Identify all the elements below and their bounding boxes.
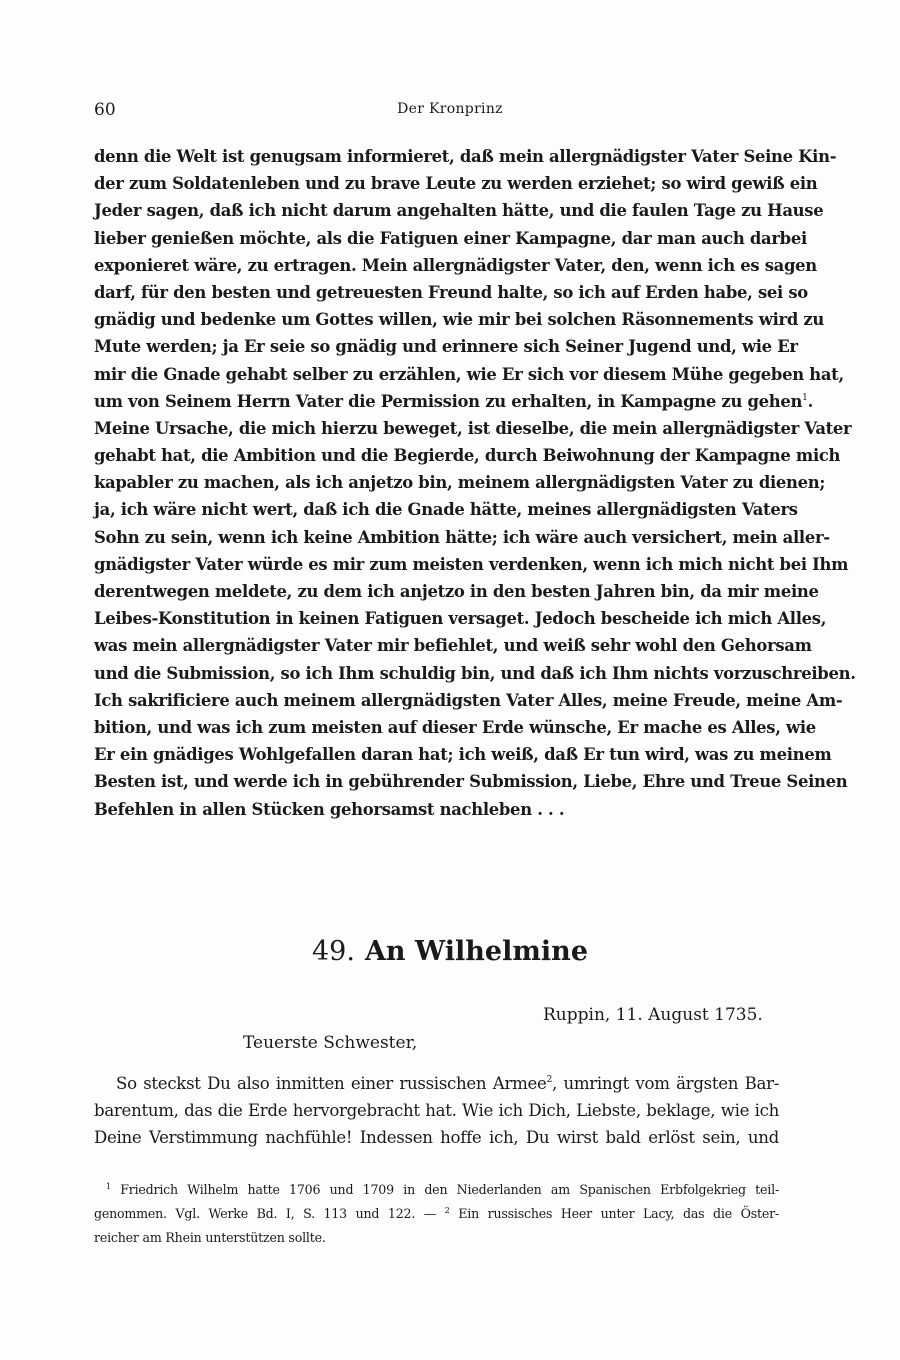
- text-line: Jeder sagen, daß ich nicht darum angehal…: [94, 197, 779, 224]
- text-segment: , umringt vom ärgsten Bar-: [552, 1074, 779, 1093]
- text-line: denn die Welt ist genugsam informieret, …: [94, 143, 779, 170]
- text-line: Deine Verstimmung nachfühle! Indessen ho…: [94, 1124, 779, 1151]
- text-line: der zum Soldatenleben und zu brave Leute…: [94, 170, 779, 197]
- text-line: Ich sakrificiere auch meinem allergnädig…: [94, 687, 779, 714]
- text-line: ja, ich wäre nicht wert, daß ich die Gna…: [94, 496, 779, 523]
- text-line: mir die Gnade gehabt selber zu erzählen,…: [94, 361, 779, 388]
- letter-number: 49.: [312, 936, 355, 967]
- text-line: exponieret wäre, zu ertragen. Mein aller…: [94, 252, 779, 279]
- text-line: Besten ist, und werde ich in gebührender…: [94, 768, 779, 795]
- text-line: gnädigster Vater würde es mir zum meiste…: [94, 551, 779, 578]
- text-line: Befehlen in allen Stücken gehorsamst nac…: [94, 796, 779, 823]
- text-segment: So steckst Du also inmitten einer russis…: [116, 1074, 547, 1093]
- footnote-marker-2: 2: [445, 1206, 450, 1215]
- continued-letter-text: denn die Welt ist genugsam informieret, …: [94, 143, 779, 823]
- text-line: Sohn zu sein, wenn ich keine Ambition hä…: [94, 524, 779, 551]
- text-line: gnädig und bedenke um Gottes willen, wie…: [94, 306, 779, 333]
- text-line: Er ein gnädiges Wohlgefallen daran hat; …: [94, 741, 779, 768]
- text-line: Meine Ursache, die mich hierzu beweget, …: [94, 415, 779, 442]
- footnote-marker-1: 1: [106, 1182, 111, 1191]
- footnotes: 1 Friedrich Wilhelm hatte 1706 und 1709 …: [94, 1178, 779, 1250]
- footnote-text: Friedrich Wilhelm hatte 1706 und 1709 in…: [120, 1182, 779, 1197]
- text-line: barentum, das die Erde hervorgebracht ha…: [94, 1097, 779, 1124]
- text-line: bition, und was ich zum meisten auf dies…: [94, 714, 779, 741]
- text-line: kapabler zu machen, als ich anjetzo bin,…: [94, 469, 779, 496]
- running-head: Der Kronprinz: [0, 101, 900, 117]
- letter-heading: 49.An Wilhelmine: [0, 936, 900, 967]
- period: .: [808, 392, 813, 411]
- text-line: was mein allergnädigster Vater mir befie…: [94, 632, 779, 659]
- footnote-text: genommen. Vgl. Werke Bd. I, S. 113 und 1…: [94, 1206, 436, 1221]
- footnote-text: Ein russisches Heer unter Lacy, das die …: [458, 1206, 779, 1221]
- text-line: Leibes-Konstitution in keinen Fatiguen v…: [94, 605, 779, 632]
- letter-body: So steckst Du also inmitten einer russis…: [94, 1070, 779, 1151]
- text-line: um von Seinem Herrn Vater die Permission…: [94, 392, 802, 411]
- dateline: Ruppin, 11. August 1735.: [543, 1005, 763, 1025]
- salutation: Teuerste Schwester,: [243, 1033, 417, 1053]
- footnote-line: reicher am Rhein unterstützen sollte.: [94, 1226, 779, 1250]
- footnote-line: genommen. Vgl. Werke Bd. I, S. 113 und 1…: [94, 1202, 779, 1226]
- text-line-with-footnote: um von Seinem Herrn Vater die Permission…: [94, 388, 779, 415]
- text-line: Mute werden; ja Er seie so gnädig und er…: [94, 333, 779, 360]
- text-line: derentwegen meldete, zu dem ich anjetzo …: [94, 578, 779, 605]
- text-line: gehabt hat, die Ambition und die Begierd…: [94, 442, 779, 469]
- text-line: darf, für den besten und getreuesten Fre…: [94, 279, 779, 306]
- text-line: lieber genießen möchte, als die Fatiguen…: [94, 225, 779, 252]
- letter-title: An Wilhelmine: [365, 936, 588, 967]
- footnote-1-line: 1 Friedrich Wilhelm hatte 1706 und 1709 …: [94, 1178, 779, 1202]
- text-line-with-footnote: So steckst Du also inmitten einer russis…: [94, 1070, 779, 1097]
- text-line: und die Submission, so ich Ihm schuldig …: [94, 660, 779, 687]
